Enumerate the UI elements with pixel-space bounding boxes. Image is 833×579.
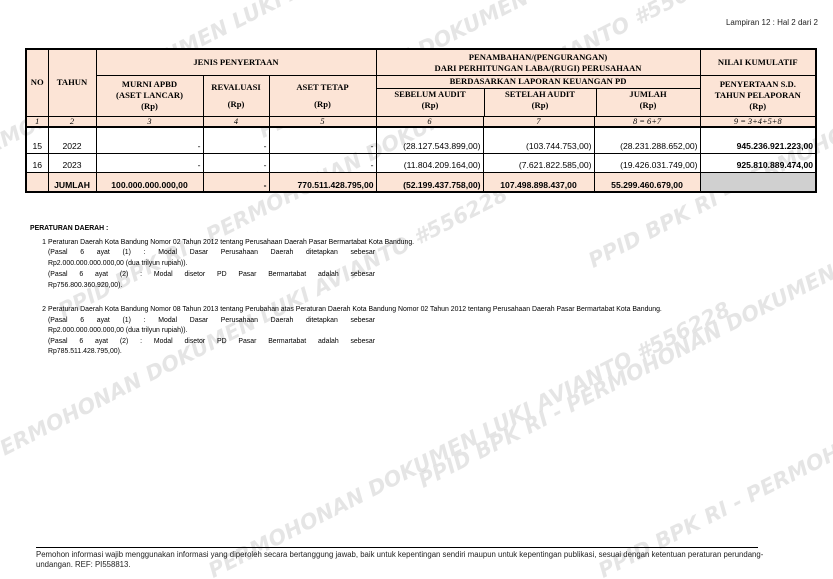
header-line: SEBELUM AUDIT — [377, 89, 484, 100]
index-cell: 8 = 6+7 — [594, 116, 700, 127]
perda-number: 1 — [30, 238, 48, 292]
perda-text: Peraturan Daerah Kota Bandung Nomor 08 T… — [48, 305, 730, 316]
cell-sebelum-audit: (11.804.209.164,00) — [376, 153, 483, 172]
total-sebelum-audit: (52.199.437.758,00) — [376, 172, 483, 192]
cell-murni: - — [96, 153, 203, 172]
header-line: REVALUASI — [206, 82, 267, 93]
cell-kumulatif: 945.236.921.223,00 — [700, 127, 816, 154]
header-penyertaan-sd: PENYERTAAN S.D. TAHUN PELAPORAN (Rp) — [700, 75, 816, 116]
perda-item: 1 Peraturan Daerah Kota Bandung Nomor 02… — [30, 238, 730, 292]
pasal-text: (Pasal 6 ayat (1) : Modal Dasar Perusaha… — [48, 316, 375, 327]
cell-tahun: 2023 — [48, 153, 96, 172]
index-row: 1 2 3 4 5 6 7 8 = 6+7 9 = 3+4+5+8 — [26, 116, 816, 127]
header-sebelum-audit: SEBELUM AUDIT (Rp) — [377, 89, 485, 116]
pasal-1: (Pasal 6 ayat (1) : Modal Dasar Perusaha… — [48, 316, 375, 337]
pasal-2: (Pasal 6 ayat (2) : Modal disetor PD Pas… — [48, 337, 375, 358]
pasal-text: Rp785.511.428.795,00). — [48, 348, 122, 355]
total-aset-tetap: 770.511.428.795,00 — [269, 172, 376, 192]
header-line: TAHUN PELAPORAN — [703, 90, 814, 101]
header-line: SETELAH AUDIT — [485, 89, 596, 100]
perda-number: 2 — [30, 305, 48, 358]
index-cell: 9 = 3+4+5+8 — [700, 116, 816, 127]
header-murni-apbd: MURNI APBD (ASET LANCAR) (Rp) — [96, 75, 203, 116]
cell-jumlah: (28.231.288.652,00) — [594, 127, 700, 154]
header-aset-tetap: ASET TETAP (Rp) — [269, 75, 376, 116]
cell-kumulatif: 925.810.889.474,00 — [700, 153, 816, 172]
cell-setelah-audit: (103.744.753,00) — [483, 127, 594, 154]
pasal-text: (Pasal 6 ayat (2) : Modal disetor PD Pas… — [48, 270, 375, 281]
total-setelah-audit: 107.498.898.437,00 — [483, 172, 594, 192]
pasal-text: Rp2.000.000.000.000,00 (dua trilyun rupi… — [48, 260, 187, 267]
index-cell: 1 — [26, 116, 48, 127]
table-row: 16 2023 - - - (11.804.209.164,00) (7.621… — [26, 153, 816, 172]
section-title: PERATURAN DAERAH : — [30, 224, 730, 235]
footer-disclaimer: Pemohon informasi wajib menggunakan info… — [36, 550, 776, 569]
header-line: (Rp) — [99, 101, 201, 112]
pasal-text: Rp2.000.000.000.000,00 (dua trilyun rupi… — [48, 327, 187, 334]
header-revaluasi: REVALUASI (Rp) — [203, 75, 269, 116]
cell-aset-tetap: - — [269, 127, 376, 154]
cell-sebelum-audit: (28.127.543.899,00) — [376, 127, 483, 154]
header-penambahan-sub: BERDASARKAN LAPORAN KEUANGAN PD SEBELUM … — [376, 75, 700, 116]
index-cell: 4 — [203, 116, 269, 127]
cell-murni: - — [96, 127, 203, 154]
cell-aset-tetap: - — [269, 153, 376, 172]
header-penambahan-line: BERDASARKAN LAPORAN KEUANGAN PD — [377, 76, 700, 89]
index-cell: 3 — [96, 116, 203, 127]
page-label: Lampiran 12 : Hal 2 dari 2 — [726, 18, 818, 27]
total-label: JUMLAH — [48, 172, 96, 192]
header-jenis-penyertaan: JENIS PENYERTAAN — [96, 49, 376, 75]
header-line: (Rp) — [597, 100, 700, 111]
cell-setelah-audit: (7.621.822.585,00) — [483, 153, 594, 172]
header-line: (Rp) — [206, 99, 267, 110]
header-no: NO — [26, 49, 48, 116]
table-row: 15 2022 - - - (28.127.543.899,00) (103.7… — [26, 127, 816, 154]
header-jumlah: JUMLAH (Rp) — [597, 89, 700, 116]
cell-revaluasi: - — [203, 127, 269, 154]
index-cell: 7 — [483, 116, 594, 127]
pasal-text: (Pasal 6 ayat (2) : Modal disetor PD Pas… — [48, 337, 375, 348]
total-row: JUMLAH 100.000.000.000,00 - 770.511.428.… — [26, 172, 816, 192]
pasal-2: (Pasal 6 ayat (2) : Modal disetor PD Pas… — [48, 270, 375, 291]
total-revaluasi: - — [203, 172, 269, 192]
cell-tahun: 2022 — [48, 127, 96, 154]
perda-item: 2 Peraturan Daerah Kota Bandung Nomor 08… — [30, 305, 730, 358]
cell-no — [26, 172, 48, 192]
cell-revaluasi: - — [203, 153, 269, 172]
total-kumulatif — [700, 172, 816, 192]
footer-divider — [36, 547, 758, 548]
header-line: (Rp) — [703, 101, 814, 112]
index-cell: 2 — [48, 116, 96, 127]
index-cell: 5 — [269, 116, 376, 127]
cell-no: 16 — [26, 153, 48, 172]
pasal-text: (Pasal 6 ayat (1) : Modal Dasar Perusaha… — [48, 248, 375, 259]
header-line: (Rp) — [377, 100, 484, 111]
header-line: (ASET LANCAR) — [99, 90, 201, 101]
header-penambahan-line: DARI PERHITUNGAN LABA/(RUGI) PERUSAHAAN — [379, 63, 698, 74]
pasal-1: (Pasal 6 ayat (1) : Modal Dasar Perusaha… — [48, 248, 375, 269]
index-cell: 6 — [376, 116, 483, 127]
cell-jumlah: (19.426.031.749,00) — [594, 153, 700, 172]
header-penambahan: PENAMBAHAN/(PENGURANGAN) DARI PERHITUNGA… — [376, 49, 700, 75]
header-nilai-kumulatif: NILAI KUMULATIF — [700, 49, 816, 75]
penyertaan-table: NO TAHUN JENIS PENYERTAAN PENAMBAHAN/(PE… — [25, 48, 817, 193]
header-line: MURNI APBD — [99, 79, 201, 90]
header-line: JUMLAH — [597, 89, 700, 100]
cell-no: 15 — [26, 127, 48, 154]
header-line: ASET TETAP — [272, 82, 374, 93]
total-murni: 100.000.000.000,00 — [96, 172, 203, 192]
header-penambahan-line: PENAMBAHAN/(PENGURANGAN) — [379, 52, 698, 63]
header-line: (Rp) — [485, 100, 596, 111]
peraturan-daerah-section: PERATURAN DAERAH : 1 Peraturan Daerah Ko… — [30, 224, 730, 372]
pasal-text: Rp756.800.360.920,00). — [48, 282, 122, 289]
header-line: (Rp) — [272, 99, 374, 110]
perda-text: Peraturan Daerah Kota Bandung Nomor 02 T… — [48, 238, 730, 249]
header-line: PENYERTAAN S.D. — [703, 79, 814, 90]
header-tahun: TAHUN — [48, 49, 96, 116]
total-jumlah: 55.299.460.679,00 — [594, 172, 700, 192]
header-setelah-audit: SETELAH AUDIT (Rp) — [485, 89, 597, 116]
